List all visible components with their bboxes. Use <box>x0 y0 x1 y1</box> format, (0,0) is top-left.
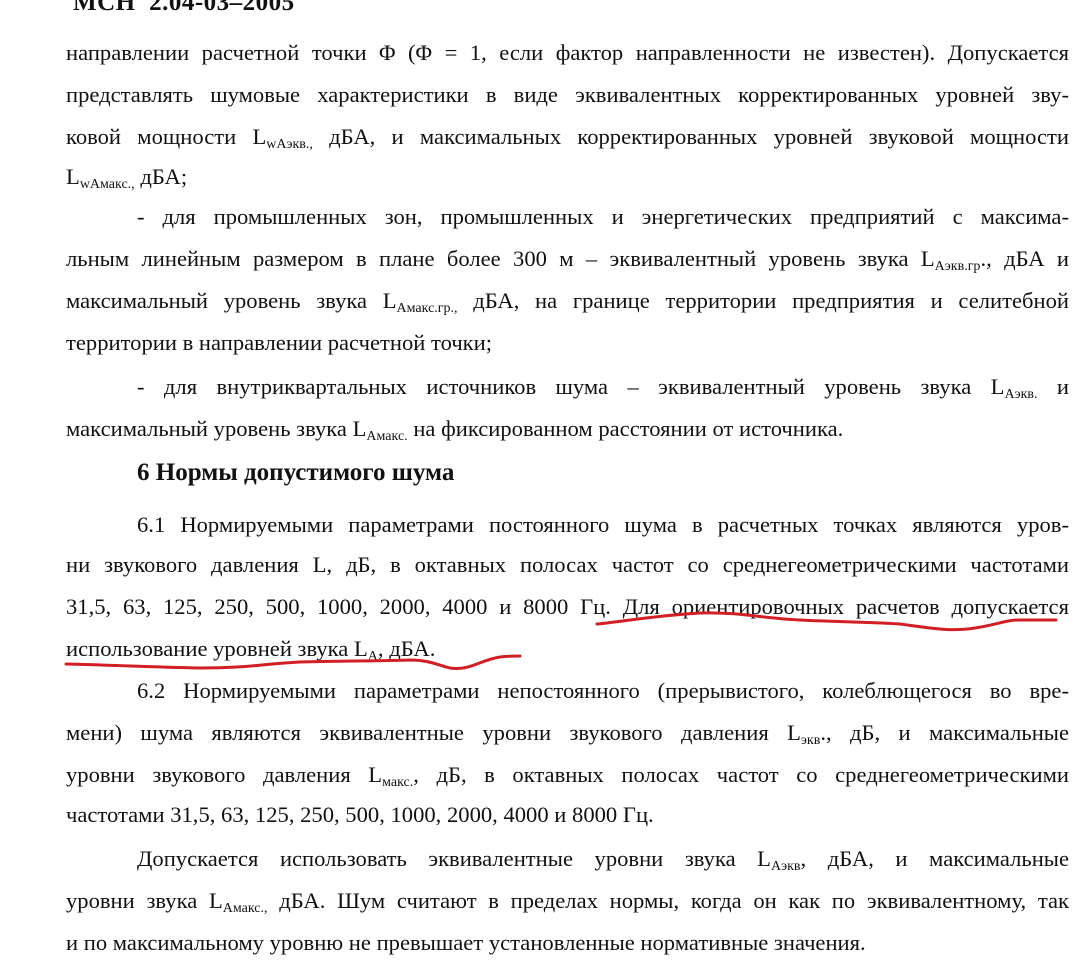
text-fragment: ., дБ, и максимальные <box>820 720 1069 745</box>
text-fragment: дБА. Шум считают в пределах нормы, когда… <box>268 888 1069 913</box>
section-heading: 6 Нормы допустимого шума <box>137 458 454 488</box>
text-line: - для внутриквартальных источников шума … <box>137 372 1069 402</box>
highlighted-text: Для ориентировочных расчетов допускается <box>623 594 1069 619</box>
text-line: льным линейным размером в плане более 30… <box>66 244 1069 274</box>
subscript: wAэкв., <box>266 137 313 152</box>
text-line: территории в направлении расчетной точки… <box>66 328 1069 358</box>
text-line: направлении расчетной точки Φ (Φ = 1, ес… <box>66 38 1069 68</box>
text-fragment: максимальный уровень звука L <box>66 288 397 313</box>
text-fragment: ., дБА и <box>980 246 1069 271</box>
text-line: LwAмакс., дБА; <box>66 162 1069 192</box>
text-line: 31,5, 63, 125, 250, 500, 1000, 2000, 400… <box>66 592 1069 622</box>
subscript: Aмакс. <box>366 429 407 444</box>
text-fragment: , дБА, и максимальные <box>801 846 1070 871</box>
text-fragment: - для внутриквартальных источников шума … <box>137 374 1004 399</box>
subscript: макс. <box>382 775 413 790</box>
subscript: Aэкв. <box>1004 387 1037 402</box>
text-fragment: уровни звука L <box>66 888 223 913</box>
text-line: ковой мощности LwAэкв., дБА, и максималь… <box>66 122 1069 152</box>
highlighted-text: использование уровней звука LA, дБА. <box>66 636 435 661</box>
text-fragment: и <box>1038 374 1070 399</box>
text-line: Допускается использовать эквивалентные у… <box>137 844 1069 874</box>
subscript: Aмакс., <box>223 901 268 916</box>
text-line: 6.1 Нормируемыми параметрами постоянного… <box>137 510 1069 540</box>
text-line: мени) шума являются эквивалентные уровни… <box>66 718 1069 748</box>
text-line: максимальный уровень звука LAмакс.гр., д… <box>66 286 1069 316</box>
text-fragment: , дБА. <box>378 636 435 661</box>
text-line: использование уровней звука LA, дБА. <box>66 634 1069 664</box>
text-line: 6.2 Нормируемыми параметрами непостоянно… <box>137 676 1069 706</box>
document-page: МСН 2.04-03–2005 направлении расчетной т… <box>0 0 1080 972</box>
document-code-header: МСН 2.04-03–2005 <box>73 0 295 18</box>
subscript: A <box>368 649 378 664</box>
subscript: Aэкв <box>771 859 801 874</box>
text-line: ни звукового давления L, дБ, в октавных … <box>66 550 1069 580</box>
text-line: и по максимальному уровню не превышает у… <box>66 928 1069 958</box>
text-fragment: на фиксированном расстоянии от источника… <box>408 416 844 441</box>
subscript: Aмакс.гр., <box>397 301 458 316</box>
text-fragment: дБА; <box>135 164 187 189</box>
text-fragment: льным линейным размером в плане более 30… <box>66 246 935 271</box>
text-fragment: максимальный уровень звука L <box>66 416 366 441</box>
text-line: - для промышленных зон, промышленных и э… <box>137 202 1069 232</box>
text-fragment: , дБ, в октавных полосах частот со средн… <box>413 762 1069 787</box>
subscript: Aэкв.гр <box>935 259 981 274</box>
text-line: уровни звукового давления Lмакс., дБ, в … <box>66 760 1069 790</box>
text-fragment: ковой мощности L <box>66 124 266 149</box>
text-line: максимальный уровень звука LAмакс. на фи… <box>66 414 1069 444</box>
subscript: wAмакс., <box>80 177 135 192</box>
subscript: экв <box>801 733 820 748</box>
text-line: уровни звука LAмакс., дБА. Шум считают в… <box>66 886 1069 916</box>
text-fragment: 31,5, 63, 125, 250, 500, 1000, 2000, 400… <box>66 594 623 619</box>
text-line: представлять шумовые характеристики в ви… <box>66 80 1069 110</box>
text-fragment: Допускается использовать эквивалентные у… <box>137 846 771 871</box>
text-fragment: мени) шума являются эквивалентные уровни… <box>66 720 801 745</box>
text-line: частотами 31,5, 63, 125, 250, 500, 1000,… <box>66 800 1069 830</box>
text-fragment: использование уровней звука L <box>66 636 368 661</box>
text-fragment: уровни звукового давления L <box>66 762 382 787</box>
text-fragment: L <box>66 164 80 189</box>
text-fragment: дБА, на границе территории предприятия и… <box>458 288 1069 313</box>
text-fragment: дБА, и максимальных корректированных уро… <box>313 124 1069 149</box>
